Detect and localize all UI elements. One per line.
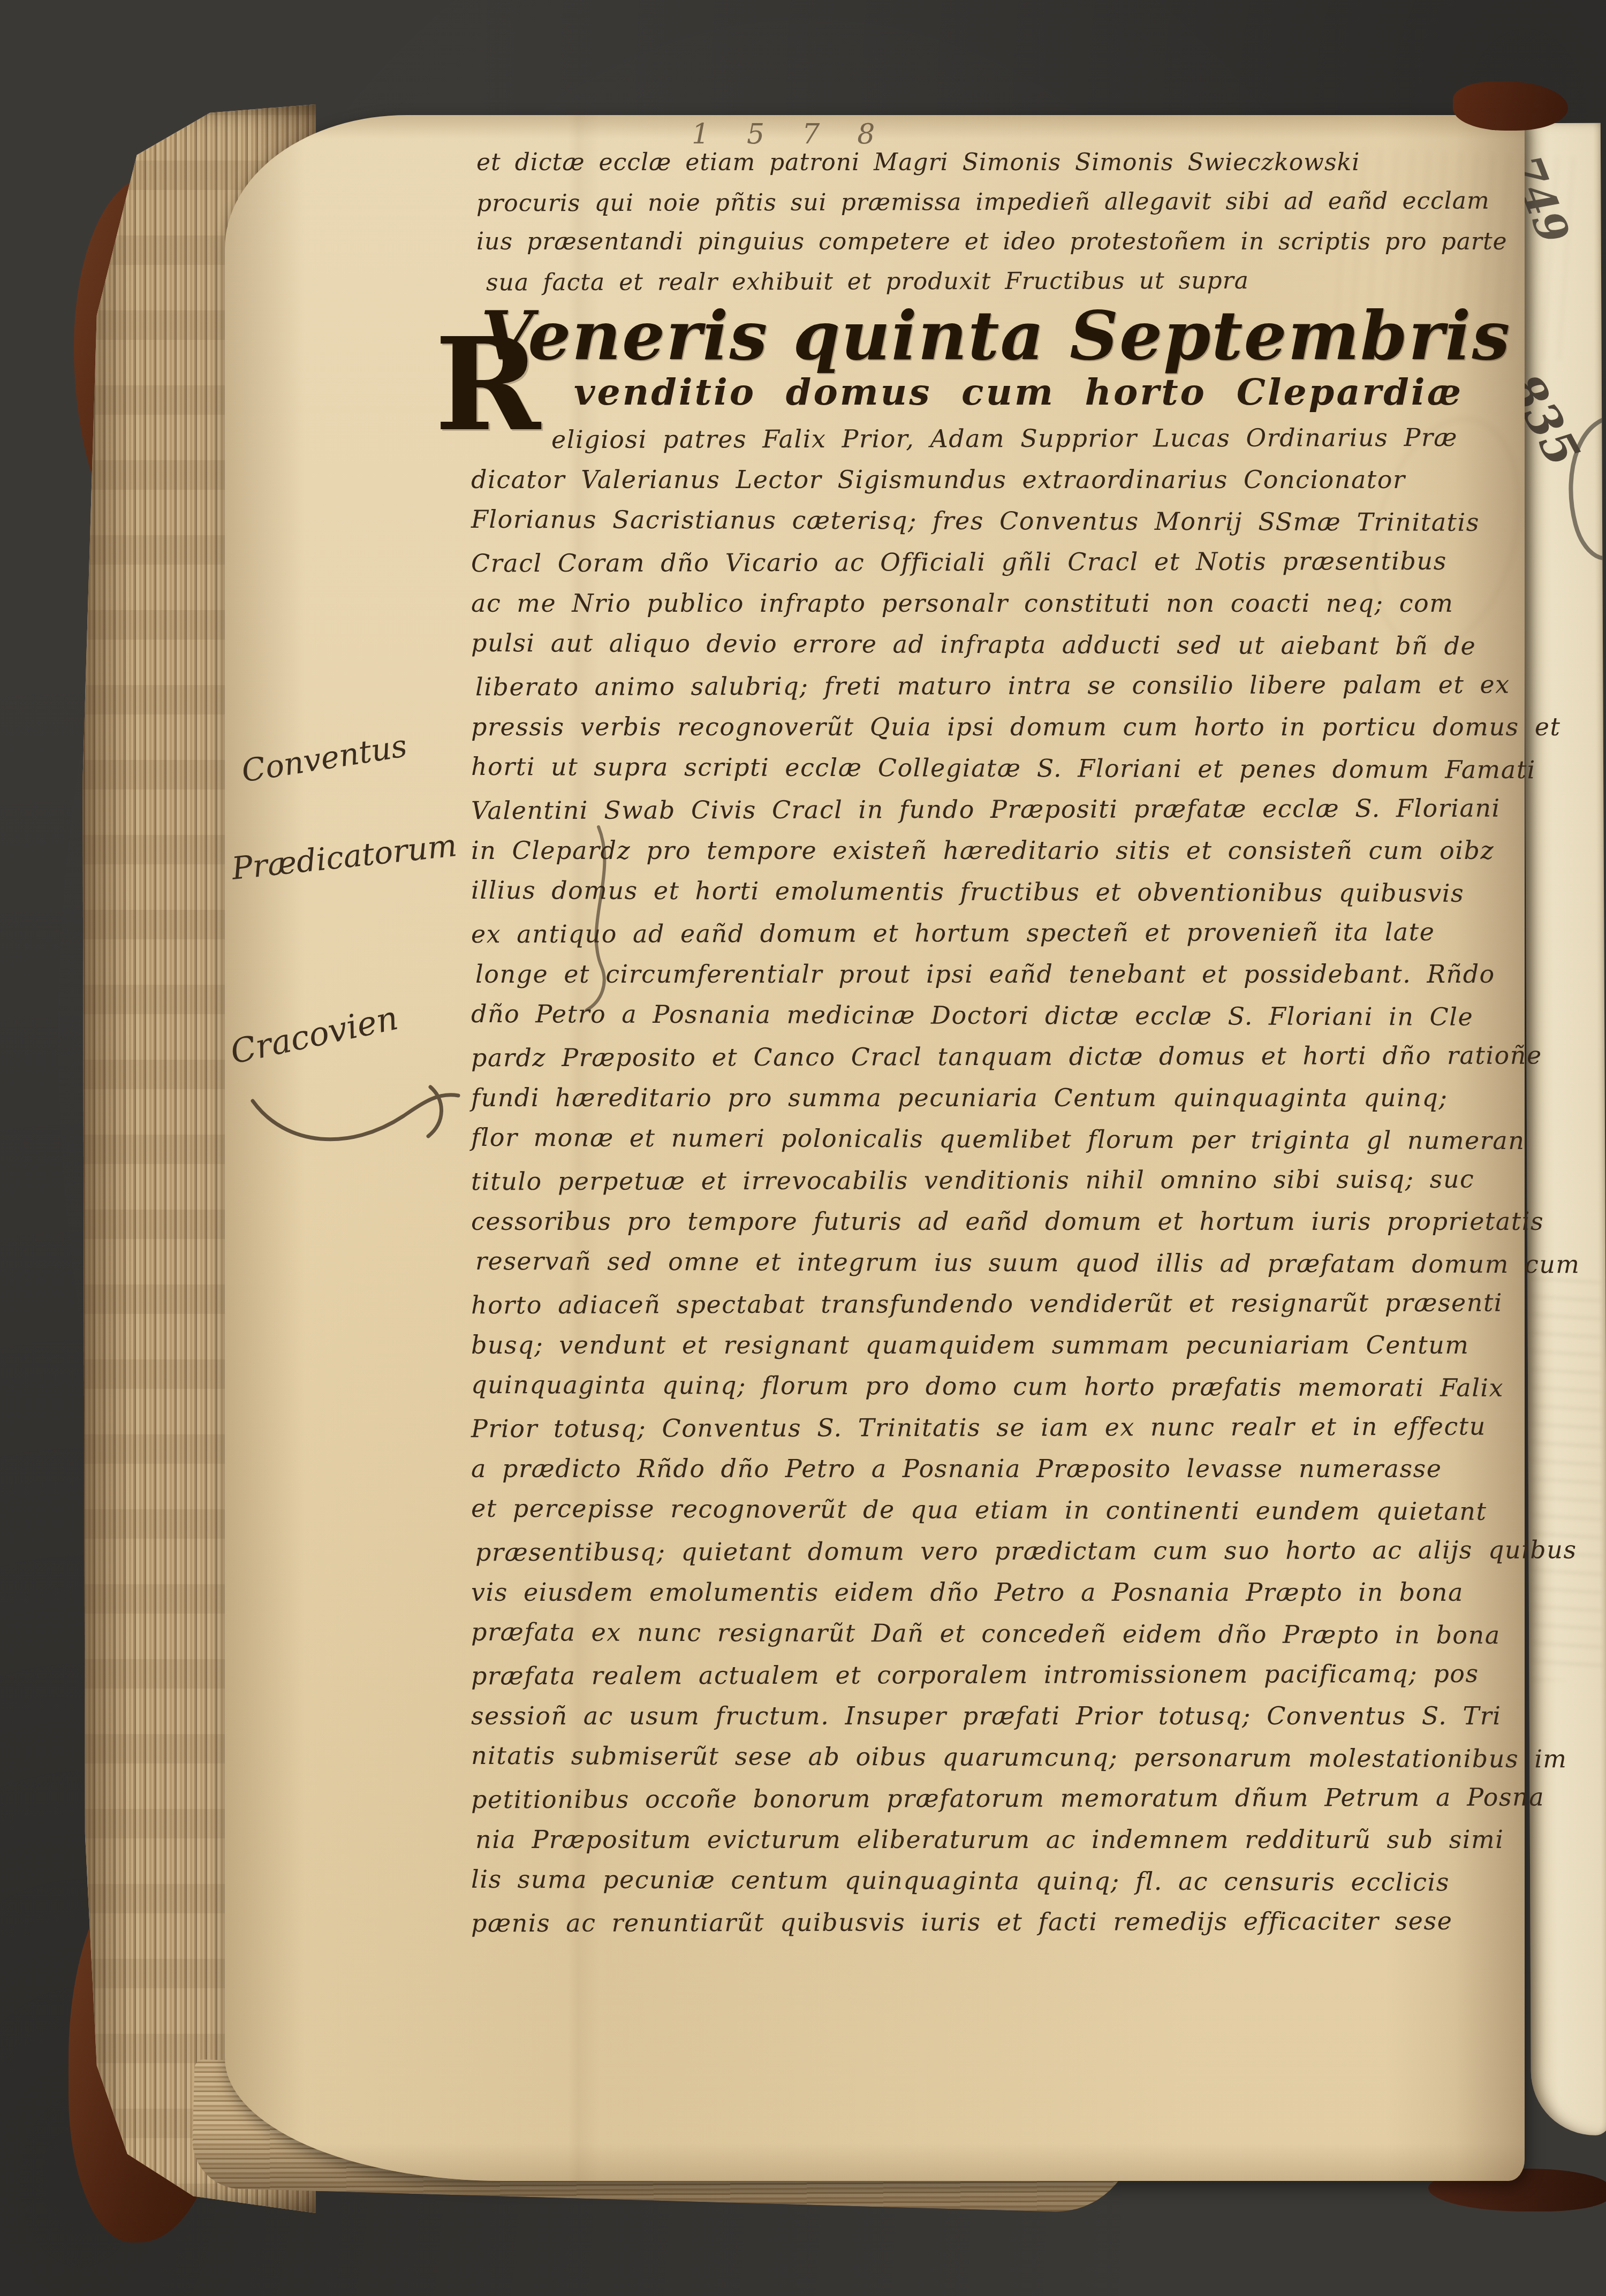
manuscript-line: præsentibusq; quietant domum vero prædic… [475,1530,1510,1573]
margin-note: Cracovien [227,998,401,1071]
manuscript-line: ius præsentandi pinguius competere et id… [476,222,1531,262]
manuscript-line: fundi hæreditario pro summa pecuniaria C… [471,1077,1510,1119]
manuscript-line: flor monæ et numeri polonicalis quemlibe… [471,1117,1510,1161]
entry-subheading: venditio domus cum horto Clepardiæ [574,371,1463,414]
manuscript-line: lis suma pecuniæ centum quinquaginta qui… [471,1859,1510,1903]
manuscript-line: pulsi aut aliquo devio errore ad infrapt… [471,622,1510,667]
manuscript-line: cessoribus pro tempore futuris ad eañd d… [471,1201,1510,1242]
manuscript-line: præfata realem actualem et corporalem in… [471,1653,1510,1697]
leather-gutter-top [1453,81,1568,131]
entry-heading: Veneris quinta Septembris [481,296,1511,375]
ghost-showthrough [1531,1274,1602,1681]
manuscript-line: nitatis submiserũt sese ab oibus quarumc… [471,1735,1510,1780]
manuscript-line: busq; vendunt et resignant quamquidem su… [471,1325,1510,1366]
manuscript-line: pænis ac renuntiarũt quibusvis iuris et … [471,1900,1510,1944]
entry-body: eligiosi patres Falix Prior, Adam Suppri… [471,418,1510,1943]
manuscript-line: horti ut supra scripti ecclæ Collegiatæ … [471,746,1510,790]
manuscript-line: quinquaginta quinq; florum pro domo cum … [471,1364,1510,1409]
manuscript-page: 1578 et dictæ ecclæ etiam patroni Magri … [225,115,1525,2181]
margin-flourish [248,1076,463,1162]
manuscript-line: petitionibus occoñe bonorum præfatorum m… [471,1777,1510,1821]
manuscript-line: horto adiaceñ spectabat transfundendo ve… [471,1282,1510,1326]
manuscript-line: Florianus Sacristianus cæterisq; fres Co… [471,499,1510,543]
manuscript-line: eligiosi patres Falix Prior, Adam Suppri… [551,417,1510,460]
manuscript-line: et dictæ ecclæ etiam patroni Magri Simon… [476,143,1531,183]
margin-flourish-curl [552,823,627,1015]
manuscript-line: pressis verbis recognoverũt Quia ipsi do… [471,706,1510,748]
manuscript-line: pardz Præposito et Canco Cracl tanquam d… [471,1035,1510,1079]
manuscript-scan: { "palette": { "background": "#3b3936", … [0,0,1606,2296]
manuscript-line: longe et circumferentialr prout ipsi eañ… [475,954,1510,995]
manuscript-line: Cracl Coram dño Vicario ac Officiali gñl… [471,541,1510,584]
manuscript-line: sessioñ ac usum fructum. Insuper præfati… [471,1696,1510,1737]
manuscript-line: a prædicto Rñdo dño Petro a Posnania Præ… [471,1448,1510,1489]
manuscript-line: titulo perpetuæ et irrevocabilis venditi… [471,1159,1510,1203]
next-page-edge: 749 835 [1522,123,1606,2136]
margin-note: Prædicatorum [230,827,459,887]
manuscript-line: dicator Valerianus Lector Sigismundus ex… [471,459,1510,500]
top-paragraph: et dictæ ecclæ etiam patroni Magri Simon… [476,143,1531,301]
manuscript-line: et percepisse recognoverũt de qua etiam … [471,1488,1510,1532]
manuscript-line: liberato animo salubriq; freti maturo in… [475,664,1510,708]
manuscript-line: præfata ex nunc resignarũt Dañ et conced… [471,1611,1510,1656]
manuscript-line: Prior totusq; Conventus S. Trinitatis se… [471,1406,1510,1450]
margin-note: Conventus [239,727,410,789]
manuscript-line: vis eiusdem emolumentis eidem dño Petro … [471,1572,1510,1613]
ink-flourish [1559,412,1606,947]
manuscript-line: procuris qui noie pñtis sui præmissa imp… [476,181,1531,223]
manuscript-line: ac me Nrio publico infrapto personalr co… [471,583,1510,624]
manuscript-line: nia Præpositum evicturum eliberaturum ac… [475,1819,1510,1860]
manuscript-line: reservañ sed omne et integrum ius suum q… [475,1241,1510,1285]
